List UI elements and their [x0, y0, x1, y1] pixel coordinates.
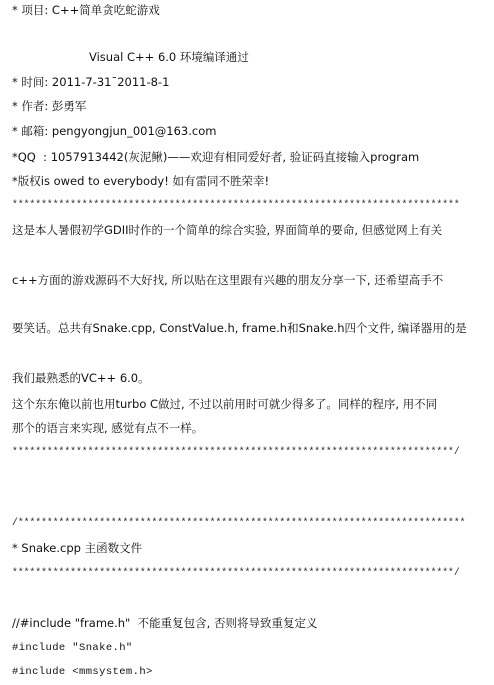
- intro-paragraph-line-3: 要笑话。总共有Snake.cpp, ConstValue.h, frame.h和…: [12, 320, 467, 336]
- qq-line: *QQ : 1057913442(灰泥鳅)——欢迎有相同爱好者, 验证码直接输入…: [12, 149, 419, 165]
- intro-paragraph-line-4: 我们最熟悉的VC++ 6.0。: [12, 370, 150, 386]
- copyright-line: *版权is owed to everybody! 如有雷同不胜荣幸!: [12, 173, 269, 189]
- intro-paragraph-line-5: 这个东东俺以前也用turbo C做过, 不过以前用时可就少得多了。同样的程序, …: [12, 396, 437, 412]
- intro-paragraph-line-6: 那个的语言来实现, 感觉有点不一样。: [12, 420, 203, 436]
- environment-line: Visual C++ 6.0 环境编译通过: [89, 49, 249, 65]
- code-line-1: //#include "frame.h" 不能重复包含, 否则将导致重复定义: [12, 615, 317, 631]
- time-line: * 时间: 2011-7-31¯2011-8-1: [12, 74, 169, 90]
- intro-paragraph-line-2: c++方面的游戏源码不大好找, 所以贴在这里跟有兴趣的朋友分享一下, 还希望高手…: [12, 272, 443, 288]
- file-header-open-separator: /***************************************…: [12, 515, 465, 531]
- code-line-2: #include "Snake.h": [12, 640, 133, 656]
- author-line: * 作者: 彭勇军: [12, 98, 86, 114]
- project-line: * 项目: C++简单贪吃蛇游戏: [12, 2, 160, 18]
- code-line-3: #include <mmsystem.h>: [12, 664, 153, 680]
- intro-closing-separator: ****************************************…: [12, 444, 460, 460]
- file-header-title: * Snake.cpp 主函数文件: [12, 540, 142, 556]
- email-line: * 邮箱: pengyongjun_001@163.com: [12, 123, 216, 139]
- header-separator: ****************************************…: [12, 197, 460, 213]
- intro-paragraph-line-1: 这是本人暑假初学GDII时作的一个简单的综合实验, 界面简单的要命, 但感觉网上…: [12, 222, 442, 238]
- file-header-close-separator: ****************************************…: [12, 565, 460, 581]
